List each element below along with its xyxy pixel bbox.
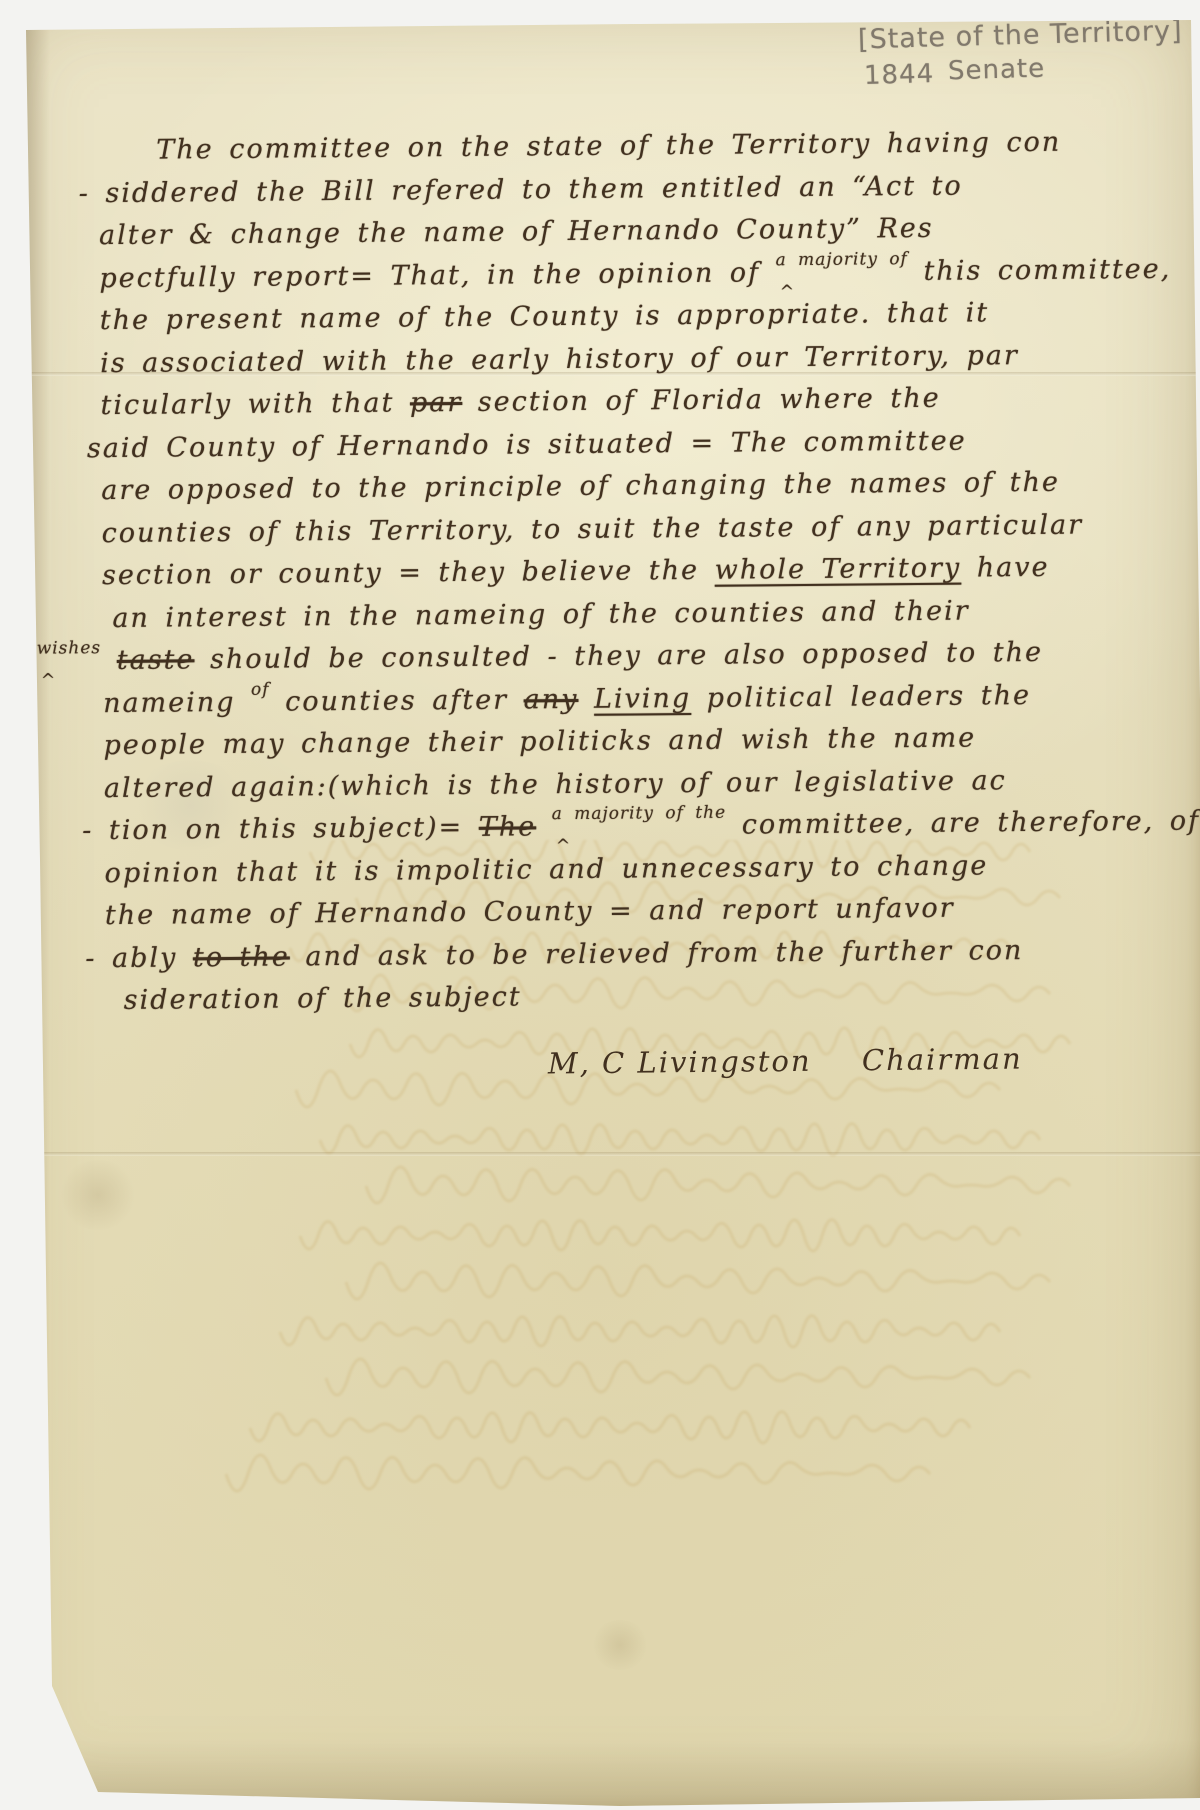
struck-word: The [479,811,537,842]
manuscript-lines: The committee on the state of the Territ… [98,122,1046,1023]
manuscript-text: the name of Hernando County = and report… [105,893,955,931]
manuscript-text: section of Florida where the [462,383,941,418]
manuscript-text: pectfully report= That, in the opinion o… [99,257,776,294]
manuscript-text: alter & change the name of Hernando Coun… [99,213,934,251]
manuscript-line: the name of Hernando County = and report… [105,887,1045,938]
archival-chamber: Senate [948,54,1046,87]
insertion-caret: ^ [780,284,795,301]
manuscript-text: ticularly with that [100,387,410,421]
inserted-word: a majority of^ [776,251,908,269]
scanned-document-page: [State of the Territory] 1844 Senate The… [0,0,1200,1810]
manuscript-line: the present name of the County is approp… [100,292,1040,343]
inserted-word: of [251,681,270,698]
manuscript-text: counties of this Territory, to suit the … [102,509,1084,549]
manuscript-text: - tion on this subject)= [82,812,479,846]
manuscript-line: sideration of the subject [124,972,1046,1023]
manuscript-text [536,811,552,842]
struck-word: to the [193,941,290,973]
insertion-caret: ^ [41,673,56,690]
manuscript-line: people may change their politicks and wi… [103,717,1043,768]
manuscript-text [578,683,594,714]
manuscript-text: - ably [85,942,193,974]
manuscript-paper-sheet: [State of the Territory] 1844 Senate The… [0,0,1200,1810]
underlined-word: whole Territory [714,553,961,586]
underlined-word: Living [594,682,691,714]
manuscript-text: - siddered the Bill refered to them enti… [79,170,963,209]
struck-word: taste [117,644,195,676]
archival-label: [State of the Territory] [858,15,1183,55]
manuscript-text: this committee, [908,253,1172,286]
manuscript-text: nameing [103,686,251,718]
signature-name: M, C Livingston [548,1044,812,1081]
struck-word: par [410,387,463,418]
manuscript-text: have [961,552,1050,584]
paper-bottom-edge-shadow [40,1740,1200,1806]
manuscript-text: people may change their politicks and wi… [103,722,976,761]
manuscript-text: The committee on the state of the Territ… [156,127,1061,166]
manuscript-line: - ably to the and ask to be relieved fro… [85,929,1045,980]
manuscript-text: said County of Hernando is situated = Th… [87,425,967,464]
manuscript-line: ticularly with that par section of Flori… [100,377,1040,428]
manuscript-text: is associated with the early history of … [100,340,1019,379]
signature-title: Chairman [862,1042,1023,1078]
manuscript-line: section or county = they believe the who… [102,547,1042,598]
manuscript-text: and ask to be relieved from the further … [290,935,1024,972]
manuscript-line: The committee on the state of the Territ… [156,122,1038,172]
manuscript-line: are opposed to the principle of changing… [101,462,1041,513]
manuscript-text: are opposed to the principle of changing… [101,467,1060,506]
manuscript-text: altered again:(which is the history of o… [104,765,1007,804]
manuscript-text: sideration of the subject [124,981,522,1015]
manuscript-text [101,645,117,676]
manuscript-text: an interest in the nameing of the counti… [112,595,970,633]
insertion-caret: ^ [556,838,571,855]
paper-left-edge-shadow [24,28,50,1788]
inserted-word: wishes^ [37,640,102,658]
paper-smudge [590,1620,650,1670]
manuscript-text: should be consulted - they are also oppo… [194,637,1043,675]
struck-word: any [524,683,579,714]
inserted-word: a majority of the^ [552,805,727,824]
manuscript-text: the present name of the County is approp… [100,297,990,336]
manuscript-text: section or county = they believe the [102,555,715,591]
manuscript-text: counties after [269,684,523,717]
manuscript-text: committee, are therefore, of the [726,805,1200,841]
archival-year: 1844 [864,59,935,91]
manuscript-text: opinion that it is impolitic and unneces… [104,850,988,889]
manuscript-text: political leaders the [691,679,1031,713]
